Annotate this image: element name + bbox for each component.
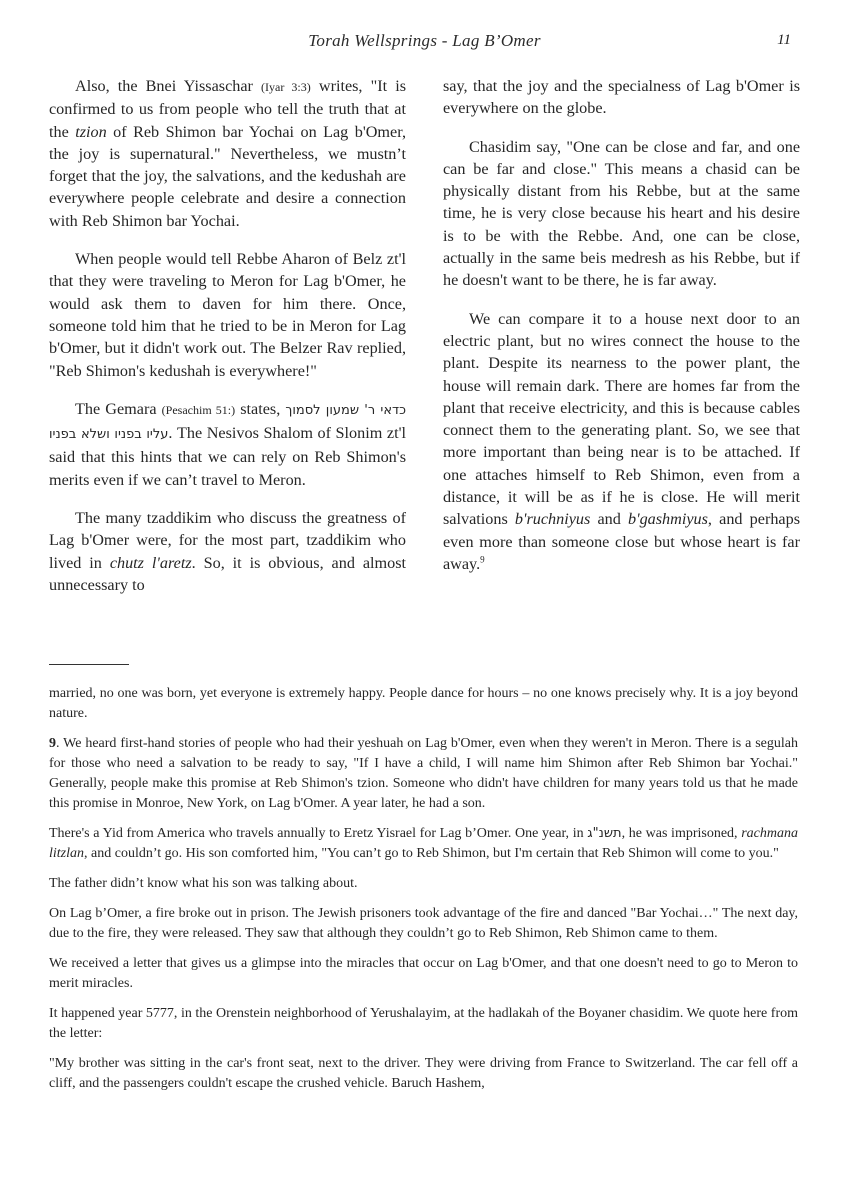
running-header-title: Torah Wellsprings - Lag B’Omer bbox=[0, 31, 849, 51]
footnote-number: 9 bbox=[49, 736, 56, 751]
footnote-reference[interactable]: 9 bbox=[480, 555, 485, 565]
italic-term: b'gashmiyus bbox=[628, 510, 708, 528]
text: states, bbox=[235, 400, 285, 418]
text: There's a Yid from America who travels a… bbox=[49, 826, 587, 841]
italic-term: b'ruchniyus bbox=[515, 510, 590, 528]
italic-term: chutz l'aretz bbox=[110, 554, 192, 572]
source-reference: (Iyar 3:3) bbox=[261, 80, 311, 94]
right-column: say, that the joy and the specialness of… bbox=[443, 75, 800, 591]
text: and bbox=[590, 510, 628, 528]
text: Also, the Bnei Yissaschar bbox=[75, 77, 261, 95]
text: . We heard first-hand stories of people … bbox=[49, 736, 798, 811]
paragraph-belz: When people would tell Rebbe Aharon of B… bbox=[49, 248, 406, 382]
footnote-9: 9. We heard first-hand stories of people… bbox=[49, 734, 798, 814]
paragraph-continuation: say, that the joy and the specialness of… bbox=[443, 75, 800, 120]
italic-term: tzion bbox=[75, 123, 106, 141]
footnote-continuation: married, no one was born, yet everyone i… bbox=[49, 684, 798, 724]
paragraph-bnei-yissaschar: Also, the Bnei Yissaschar (Iyar 3:3) wri… bbox=[49, 75, 406, 232]
running-header: Torah Wellsprings - Lag B’Omer 11 bbox=[0, 31, 849, 53]
text: The Gemara bbox=[75, 400, 162, 418]
paragraph-electric-plant: We can compare it to a house next door t… bbox=[443, 308, 800, 576]
paragraph-tzaddikim: The many tzaddikim who discuss the great… bbox=[49, 507, 406, 596]
text: We can compare it to a house next door t… bbox=[443, 310, 800, 529]
footnote-separator bbox=[49, 664, 129, 665]
source-reference: (Pesachim 51:) bbox=[162, 403, 235, 417]
paragraph-chasidim-say: Chasidim say, "One can be close and far,… bbox=[443, 136, 800, 292]
footnote-paragraph-letter: We received a letter that gives us a gli… bbox=[49, 954, 798, 994]
footnote-paragraph-5777: It happened year 5777, in the Orenstein … bbox=[49, 1004, 798, 1044]
hebrew-year: תשנ"ג bbox=[587, 826, 621, 841]
text: , he was imprisoned, bbox=[622, 826, 742, 841]
footnote-paragraph-yid: There's a Yid from America who travels a… bbox=[49, 824, 798, 864]
footnote-paragraph-fire: On Lag b’Omer, a fire broke out in priso… bbox=[49, 904, 798, 944]
footnote-paragraph-father: The father didn’t know what his son was … bbox=[49, 874, 798, 894]
left-column: Also, the Bnei Yissaschar (Iyar 3:3) wri… bbox=[49, 75, 406, 612]
footnotes: married, no one was born, yet everyone i… bbox=[49, 684, 798, 1104]
footnote-paragraph-quote: "My brother was sitting in the car's fro… bbox=[49, 1054, 798, 1094]
page-number: 11 bbox=[777, 32, 791, 49]
paragraph-gemara: The Gemara (Pesachim 51:) states, כדאי ר… bbox=[49, 398, 406, 491]
text: , and couldn’t go. His son comforted him… bbox=[84, 846, 779, 861]
